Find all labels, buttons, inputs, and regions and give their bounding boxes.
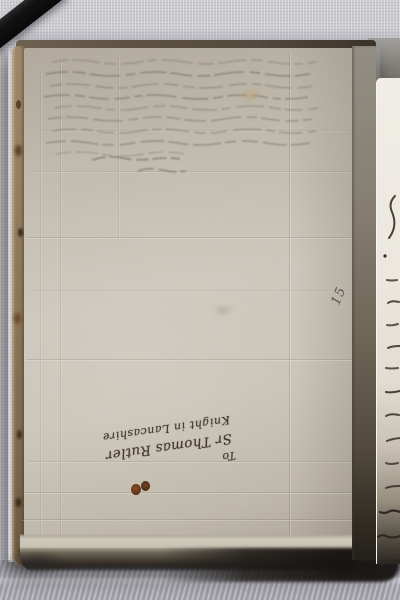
fold-crease-horizontal [26,359,352,360]
fold-crease-horizontal [24,492,354,493]
showthrough-handwriting-lines [42,54,350,178]
paper-smudge [212,304,234,316]
photograph-of-manuscript: 15 To Sr Thomas Rutler Knight in Lancash… [0,0,400,600]
adjacent-page-ink-fragments [372,168,400,568]
fold-crease-horizontal [30,290,350,291]
fold-crease-vertical [40,70,41,536]
spine-stain-spots [16,100,21,109]
corner-shadow [4,550,68,576]
wax-seal-spot [131,484,141,495]
wax-seal-spot [141,481,150,491]
fold-crease-horizontal [26,237,352,238]
paper-stain [240,88,262,103]
fold-crease-horizontal [22,519,354,520]
